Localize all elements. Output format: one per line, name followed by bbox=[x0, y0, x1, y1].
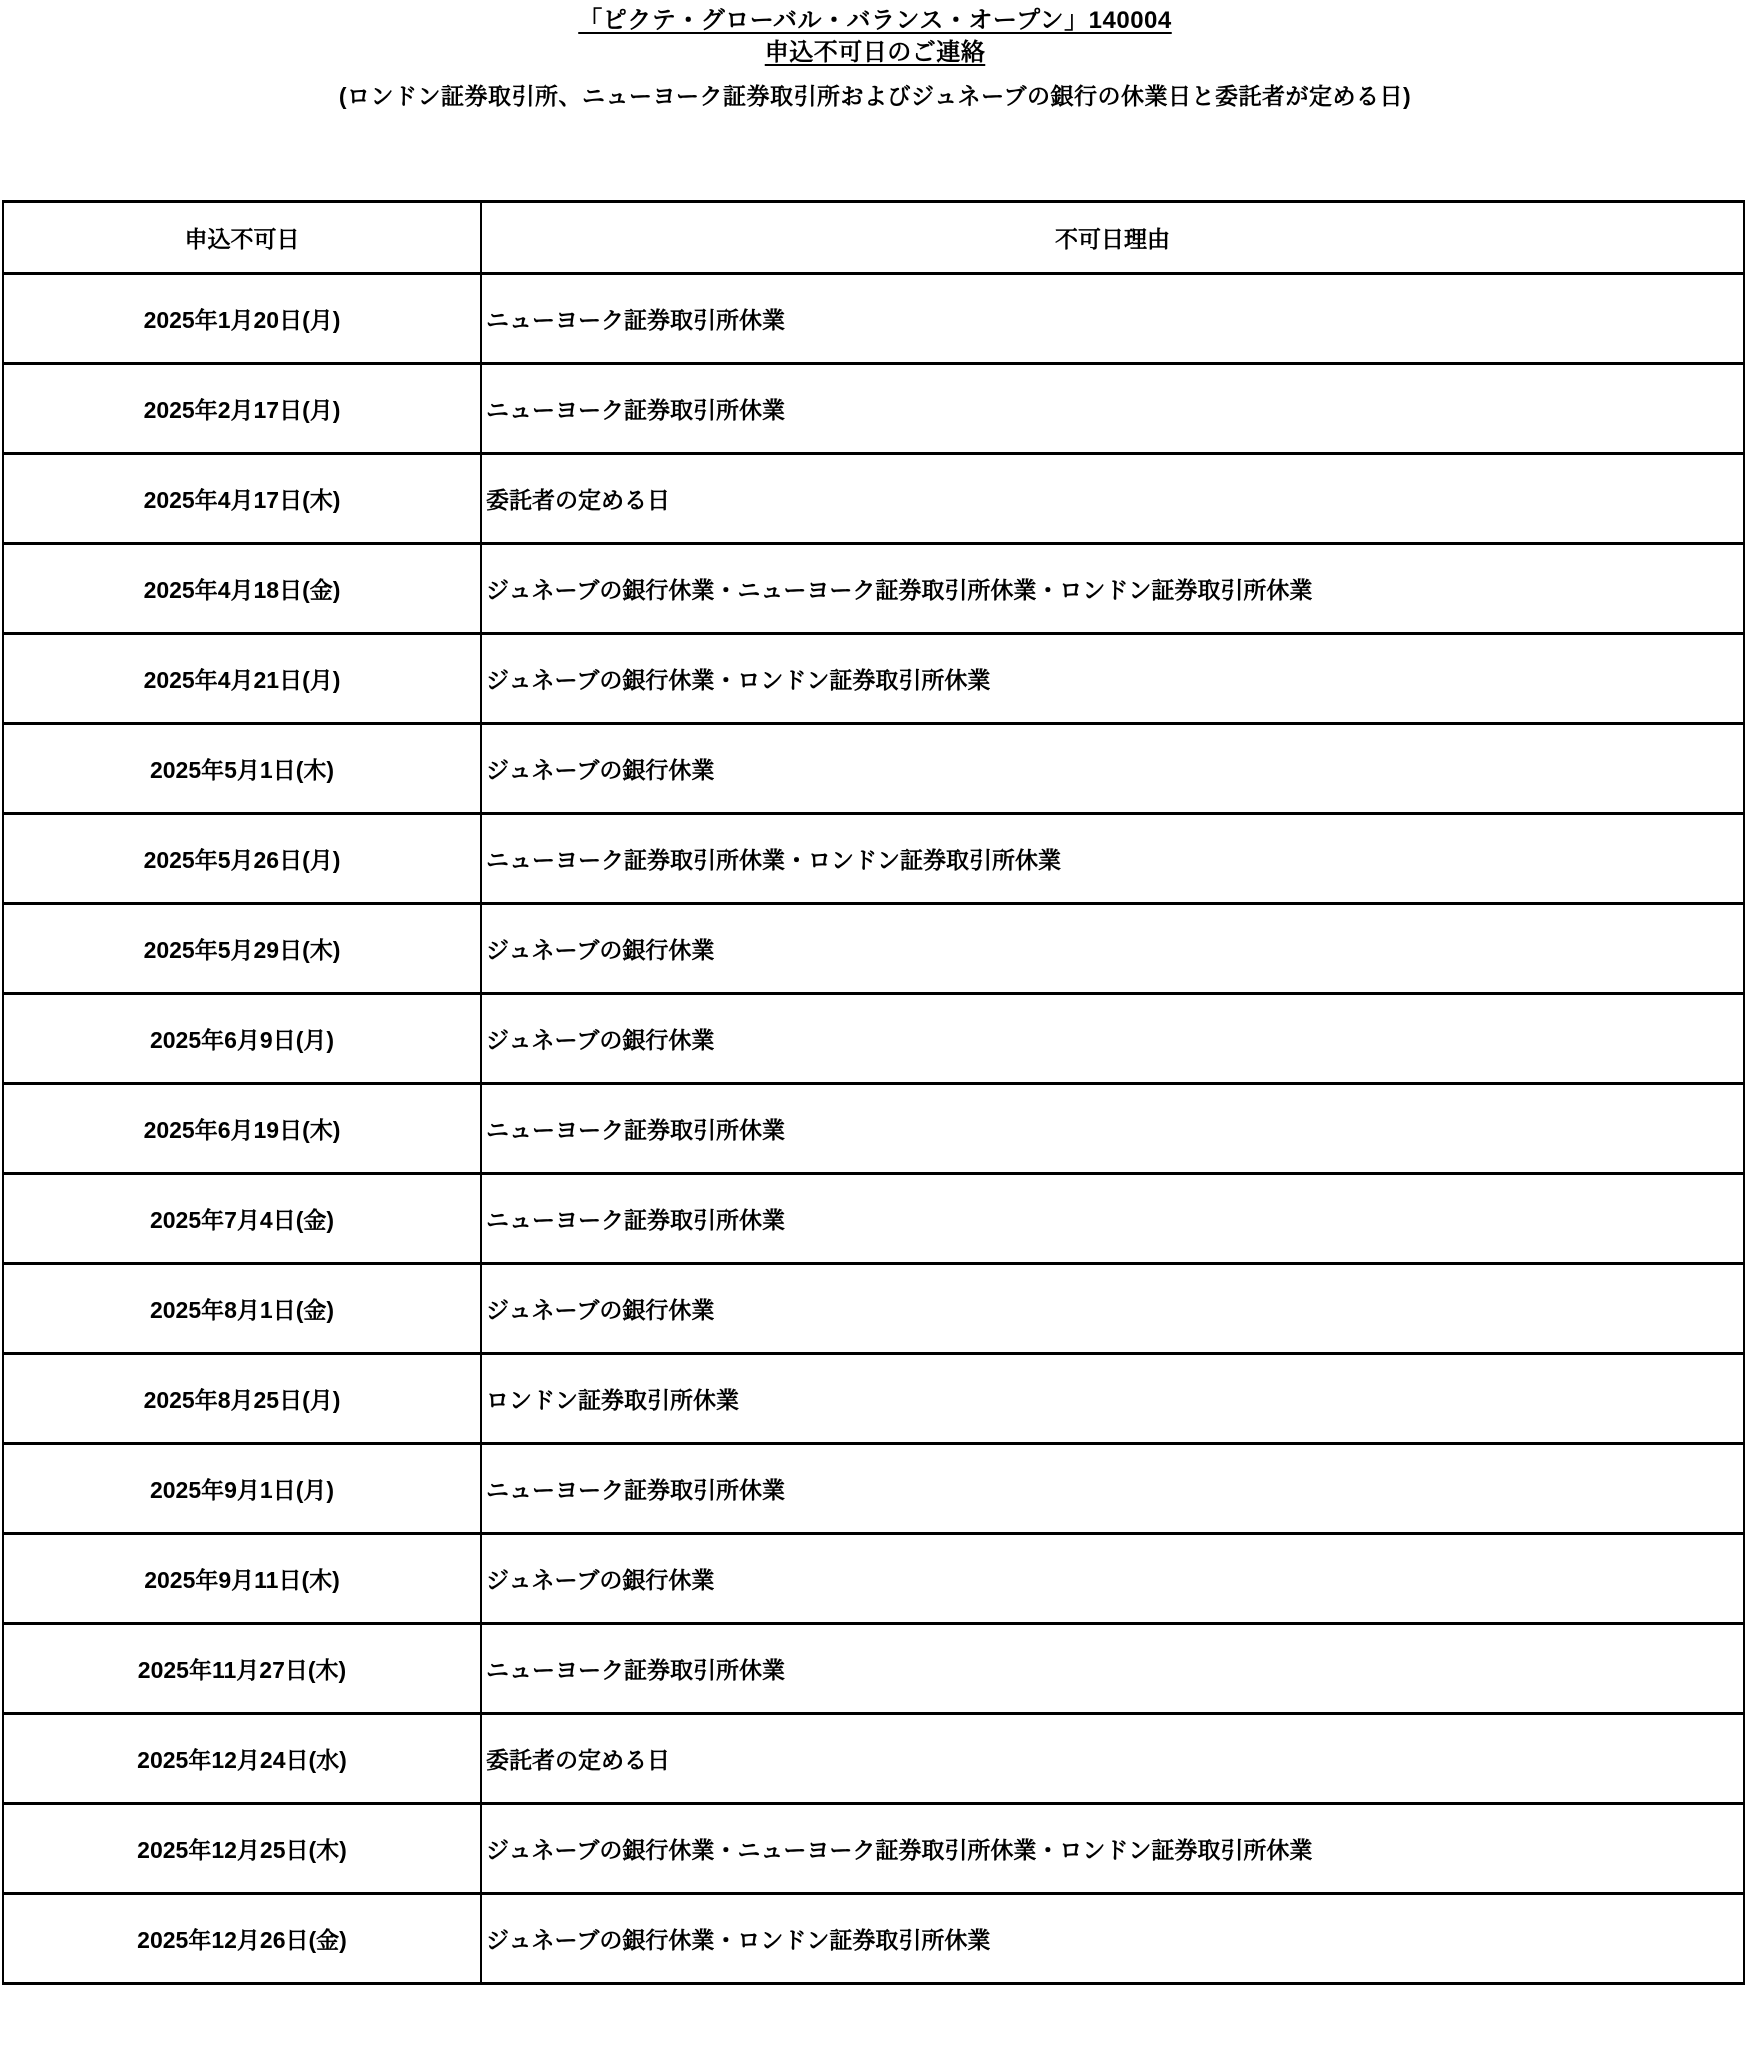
table-row: 2025年8月1日(金) ジュネーブの銀行休業 bbox=[3, 1264, 1744, 1354]
date-cell: 2025年5月26日(月) bbox=[3, 814, 481, 904]
table-row: 2025年8月25日(月) ロンドン証券取引所休業 bbox=[3, 1354, 1744, 1444]
reason-cell: ジュネーブの銀行休業 bbox=[481, 724, 1744, 814]
table-row: 2025年5月1日(木) ジュネーブの銀行休業 bbox=[3, 724, 1744, 814]
date-cell: 2025年1月20日(月) bbox=[3, 274, 481, 364]
reason-cell: ニューヨーク証券取引所休業 bbox=[481, 1084, 1744, 1174]
date-cell: 2025年4月21日(月) bbox=[3, 634, 481, 724]
table-row: 2025年4月17日(木) 委託者の定める日 bbox=[3, 454, 1744, 544]
table-row: 2025年5月26日(月) ニューヨーク証券取引所休業・ロンドン証券取引所休業 bbox=[3, 814, 1744, 904]
reason-cell: ジュネーブの銀行休業・ニューヨーク証券取引所休業・ロンドン証券取引所休業 bbox=[481, 544, 1744, 634]
reason-cell: ニューヨーク証券取引所休業・ロンドン証券取引所休業 bbox=[481, 814, 1744, 904]
table-row: 2025年1月20日(月) ニューヨーク証券取引所休業 bbox=[3, 274, 1744, 364]
date-cell: 2025年8月1日(金) bbox=[3, 1264, 481, 1354]
date-cell: 2025年11月27日(木) bbox=[3, 1624, 481, 1714]
table-row: 2025年9月1日(月) ニューヨーク証券取引所休業 bbox=[3, 1444, 1744, 1534]
date-cell: 2025年7月4日(金) bbox=[3, 1174, 481, 1264]
date-cell: 2025年4月18日(金) bbox=[3, 544, 481, 634]
reason-cell: ニューヨーク証券取引所休業 bbox=[481, 274, 1744, 364]
reason-cell: ジュネーブの銀行休業・ロンドン証券取引所休業 bbox=[481, 1894, 1744, 1984]
date-cell: 2025年12月24日(水) bbox=[3, 1714, 481, 1804]
table-row: 2025年11月27日(木) ニューヨーク証券取引所休業 bbox=[3, 1624, 1744, 1714]
reason-cell: ニューヨーク証券取引所休業 bbox=[481, 1444, 1744, 1534]
table-body: 2025年1月20日(月) ニューヨーク証券取引所休業 2025年2月17日(月… bbox=[3, 274, 1744, 1984]
reason-cell: ジュネーブの銀行休業 bbox=[481, 904, 1744, 994]
fund-title: 「ピクテ・グローバル・バランス・オープン」140004 bbox=[0, 5, 1750, 37]
date-cell: 2025年9月1日(月) bbox=[3, 1444, 481, 1534]
table-row: 2025年12月25日(木) ジュネーブの銀行休業・ニューヨーク証券取引所休業・… bbox=[3, 1804, 1744, 1894]
table-header: 申込不可日 不可日理由 bbox=[3, 202, 1744, 274]
reason-cell: ジュネーブの銀行休業・ロンドン証券取引所休業 bbox=[481, 634, 1744, 724]
table-row: 2025年6月19日(木) ニューヨーク証券取引所休業 bbox=[3, 1084, 1744, 1174]
column-header-date: 申込不可日 bbox=[3, 202, 481, 274]
reason-cell: ジュネーブの銀行休業 bbox=[481, 1264, 1744, 1354]
date-cell: 2025年5月29日(木) bbox=[3, 904, 481, 994]
date-cell: 2025年12月25日(木) bbox=[3, 1804, 481, 1894]
reason-cell: 委託者の定める日 bbox=[481, 1714, 1744, 1804]
reason-cell: ジュネーブの銀行休業 bbox=[481, 994, 1744, 1084]
table-row: 2025年5月29日(木) ジュネーブの銀行休業 bbox=[3, 904, 1744, 994]
table-row: 2025年9月11日(木) ジュネーブの銀行休業 bbox=[3, 1534, 1744, 1624]
date-cell: 2025年9月11日(木) bbox=[3, 1534, 481, 1624]
notice-title: 申込不可日のご連絡 bbox=[0, 37, 1750, 69]
date-cell: 2025年5月1日(木) bbox=[3, 724, 481, 814]
date-cell: 2025年2月17日(月) bbox=[3, 364, 481, 454]
column-header-reason: 不可日理由 bbox=[481, 202, 1744, 274]
table-row: 2025年7月4日(金) ニューヨーク証券取引所休業 bbox=[3, 1174, 1744, 1264]
reason-cell: ニューヨーク証券取引所休業 bbox=[481, 364, 1744, 454]
table-row: 2025年2月17日(月) ニューヨーク証券取引所休業 bbox=[3, 364, 1744, 454]
reason-cell: 委託者の定める日 bbox=[481, 454, 1744, 544]
document-page: 「ピクテ・グローバル・バランス・オープン」140004 申込不可日のご連絡 (ロ… bbox=[0, 0, 1750, 2048]
reason-cell: ニューヨーク証券取引所休業 bbox=[481, 1624, 1744, 1714]
date-cell: 2025年8月25日(月) bbox=[3, 1354, 481, 1444]
table-row: 2025年4月18日(金) ジュネーブの銀行休業・ニューヨーク証券取引所休業・ロ… bbox=[3, 544, 1744, 634]
reason-cell: ニューヨーク証券取引所休業 bbox=[481, 1174, 1744, 1264]
reason-cell: ジュネーブの銀行休業 bbox=[481, 1534, 1744, 1624]
date-cell: 2025年12月26日(金) bbox=[3, 1894, 481, 1984]
table-row: 2025年4月21日(月) ジュネーブの銀行休業・ロンドン証券取引所休業 bbox=[3, 634, 1744, 724]
date-cell: 2025年6月9日(月) bbox=[3, 994, 481, 1084]
date-cell: 2025年4月17日(木) bbox=[3, 454, 481, 544]
document-header: 「ピクテ・グローバル・バランス・オープン」140004 申込不可日のご連絡 (ロ… bbox=[0, 0, 1750, 111]
no-application-dates-table: 申込不可日 不可日理由 2025年1月20日(月) ニューヨーク証券取引所休業 … bbox=[2, 200, 1745, 1985]
table-row: 2025年6月9日(月) ジュネーブの銀行休業 bbox=[3, 994, 1744, 1084]
table-row: 2025年12月26日(金) ジュネーブの銀行休業・ロンドン証券取引所休業 bbox=[3, 1894, 1744, 1984]
reason-cell: ジュネーブの銀行休業・ニューヨーク証券取引所休業・ロンドン証券取引所休業 bbox=[481, 1804, 1744, 1894]
table-row: 2025年12月24日(水) 委託者の定める日 bbox=[3, 1714, 1744, 1804]
reason-note: (ロンドン証券取引所、ニューヨーク証券取引所およびジュネーブの銀行の休業日と委託… bbox=[0, 82, 1750, 111]
reason-cell: ロンドン証券取引所休業 bbox=[481, 1354, 1744, 1444]
header-row: 申込不可日 不可日理由 bbox=[3, 202, 1744, 274]
date-cell: 2025年6月19日(木) bbox=[3, 1084, 481, 1174]
